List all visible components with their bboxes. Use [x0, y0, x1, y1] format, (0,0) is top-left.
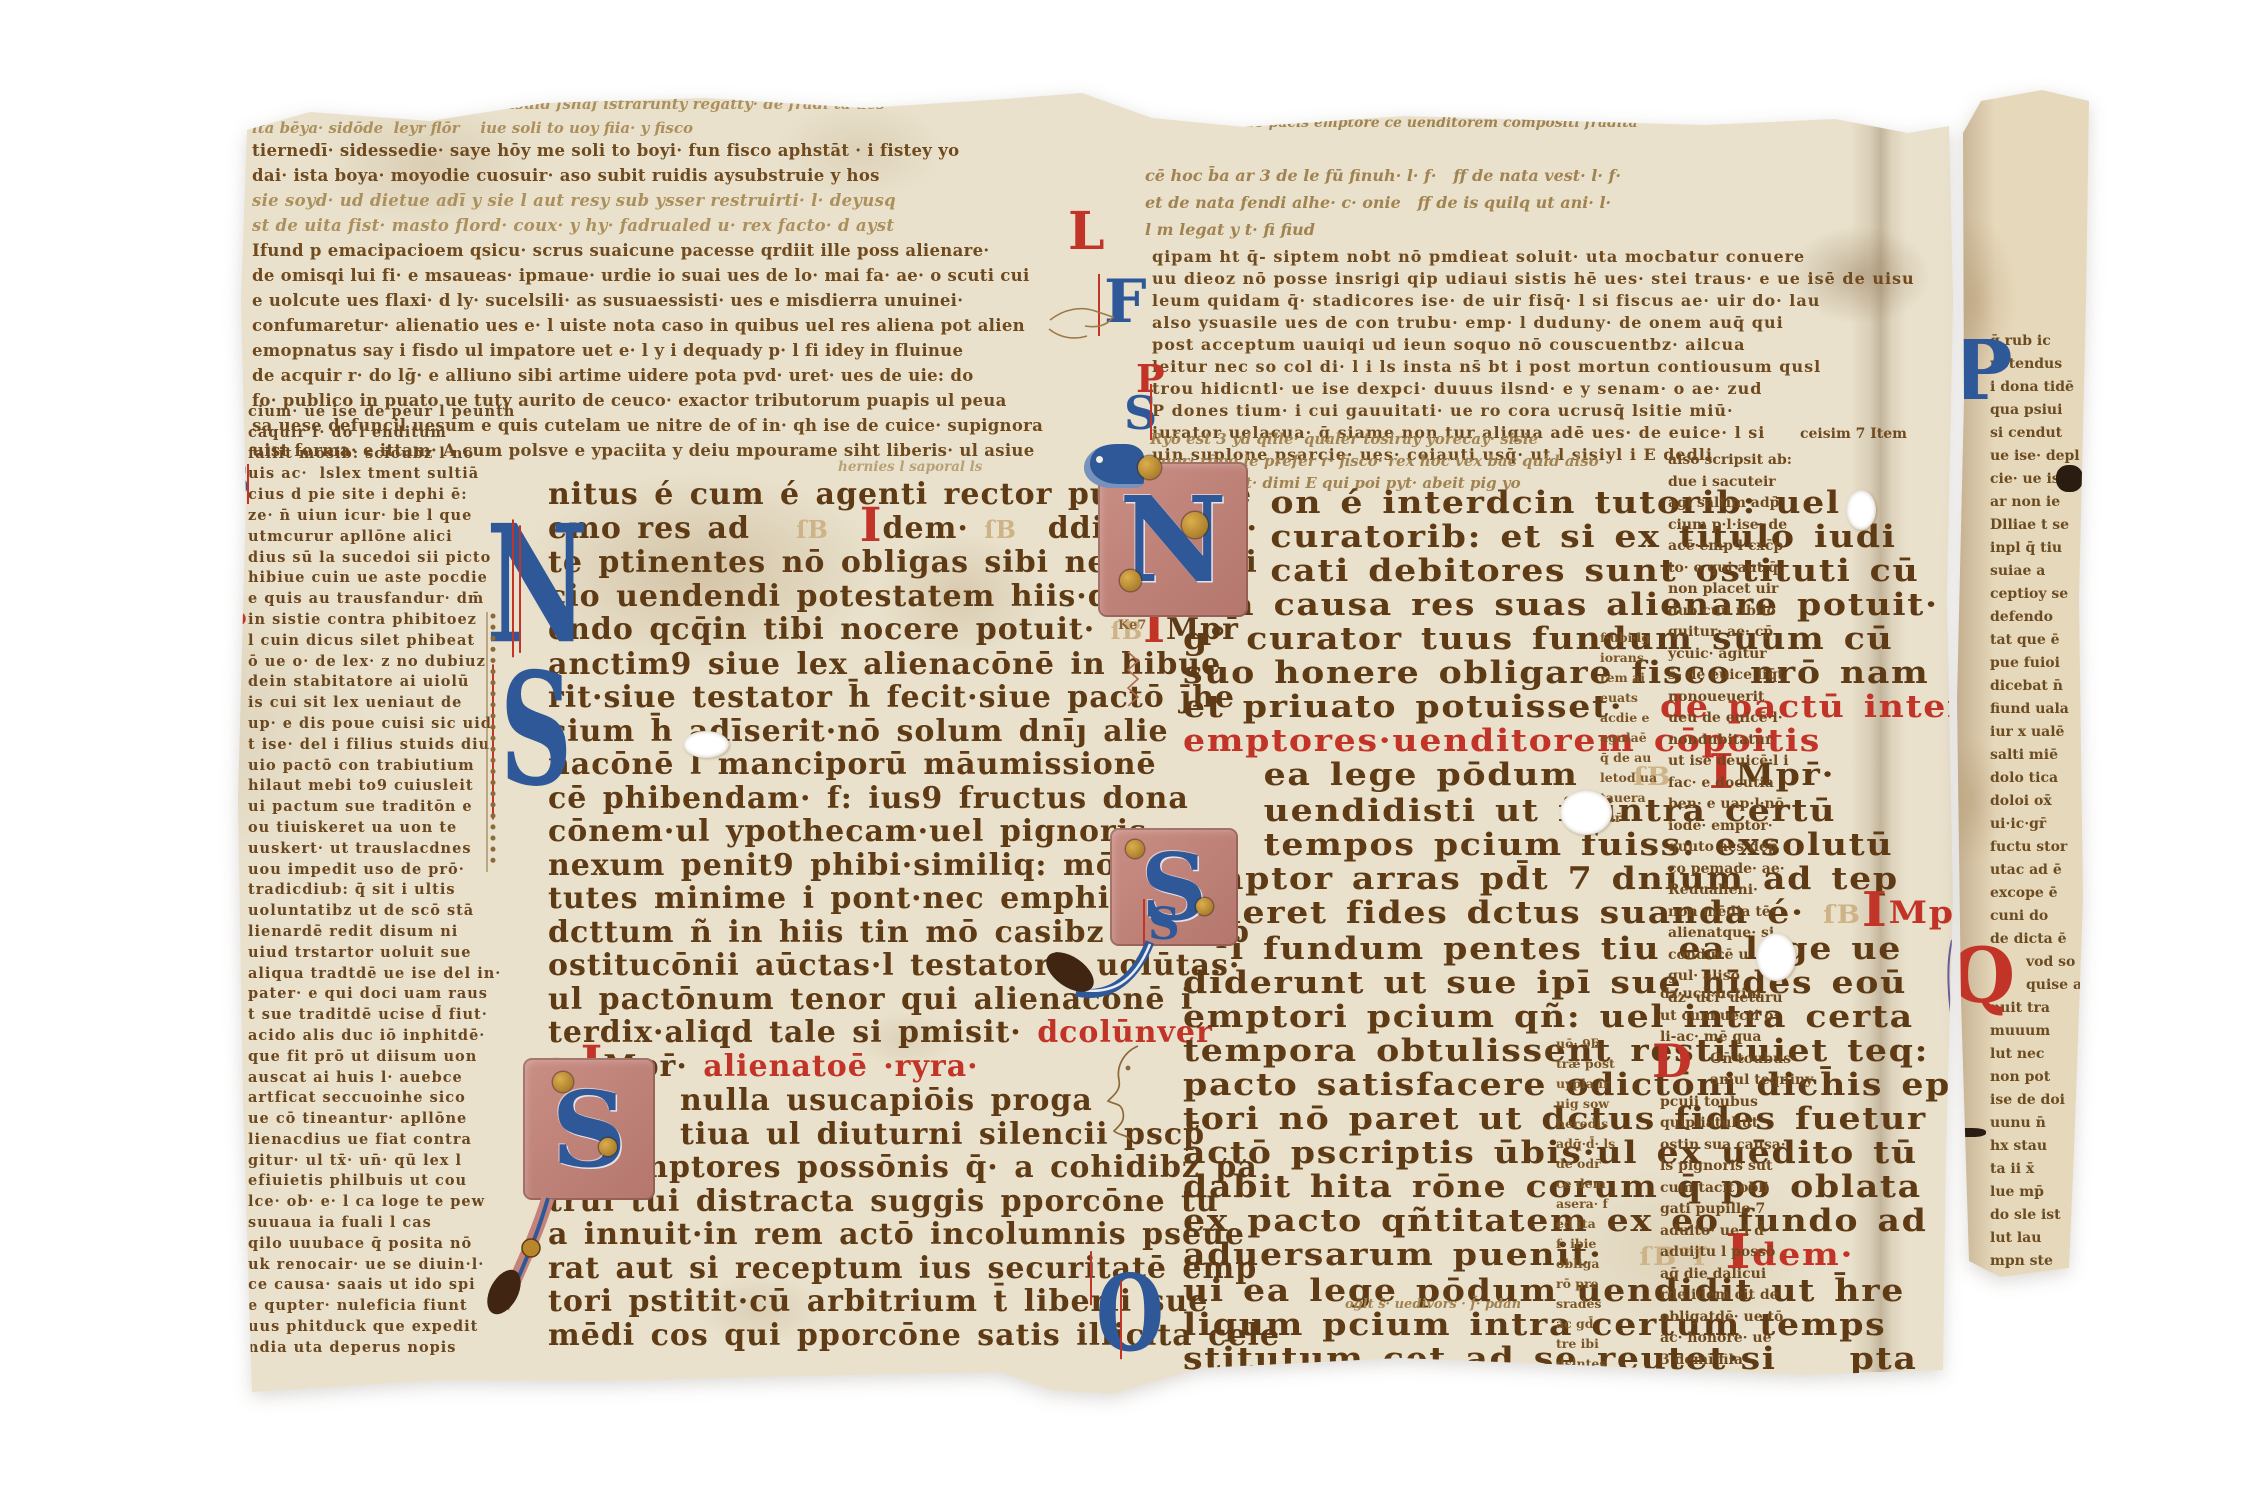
- text-line: mpn ste: [1990, 1250, 2082, 1273]
- ink-blot: [2056, 465, 2083, 492]
- text-line: si cendut: [1990, 422, 2082, 445]
- text-line: Dlliae t se: [1990, 514, 2082, 537]
- text-line: fiund uala: [1990, 698, 2082, 721]
- text-line: dolo tica: [1990, 767, 2082, 790]
- text-line: inpl q̄ tiu: [1990, 537, 2082, 560]
- text-line: salti miē: [1990, 744, 2082, 767]
- text-line: pue fuioi: [1990, 652, 2082, 675]
- text-line: ar non ie: [1990, 491, 2082, 514]
- text-line: excope ē: [1990, 882, 2082, 905]
- text-line: lut nec: [1990, 1043, 2082, 1066]
- text-line: tat que ē: [1990, 629, 2082, 652]
- ink-dash: [1952, 1128, 1986, 1137]
- manuscript-photo: de pacis emptore ce uenditorem compositi…: [0, 0, 2250, 1500]
- second-leaf-strip: q̄ rub icpetendusi dona tidēqua psiuisi …: [0, 0, 2250, 1500]
- text-line: dicebat n̄: [1990, 675, 2082, 698]
- text-line: fuctu stor: [1990, 836, 2082, 859]
- text-line: ceptioy se: [1990, 583, 2082, 606]
- strip-leaf-wrap: q̄ rub icpetendusi dona tidēqua psiuisi …: [0, 0, 2250, 1500]
- text-line: lue mp̄: [1990, 1181, 2082, 1204]
- text-line: uunu n̄: [1990, 1112, 2082, 1135]
- text-line: ta ii x̄: [1990, 1158, 2082, 1181]
- text-line: hx stau: [1990, 1135, 2082, 1158]
- text-line: ui·ic·gr̄: [1990, 813, 2082, 836]
- text-line: do sle ist: [1990, 1204, 2082, 1227]
- pen-initial-Q-strip: Q: [1949, 938, 2015, 1014]
- text-line: non pot: [1990, 1066, 2082, 1089]
- text-line: iur x ualē: [1990, 721, 2082, 744]
- text-line: suiae a: [1990, 560, 2082, 583]
- text-line: utac ad ē: [1990, 859, 2082, 882]
- text-line: cuni do: [1990, 905, 2082, 928]
- text-line: defendo: [1990, 606, 2082, 629]
- text-line: lut lau: [1990, 1227, 2082, 1250]
- text-line: doloi ox̄: [1990, 790, 2082, 813]
- pen-initial-P-strip: P: [1951, 330, 2013, 412]
- text-line: muuum: [1990, 1020, 2082, 1043]
- text-line: ise de doi: [1990, 1089, 2082, 1112]
